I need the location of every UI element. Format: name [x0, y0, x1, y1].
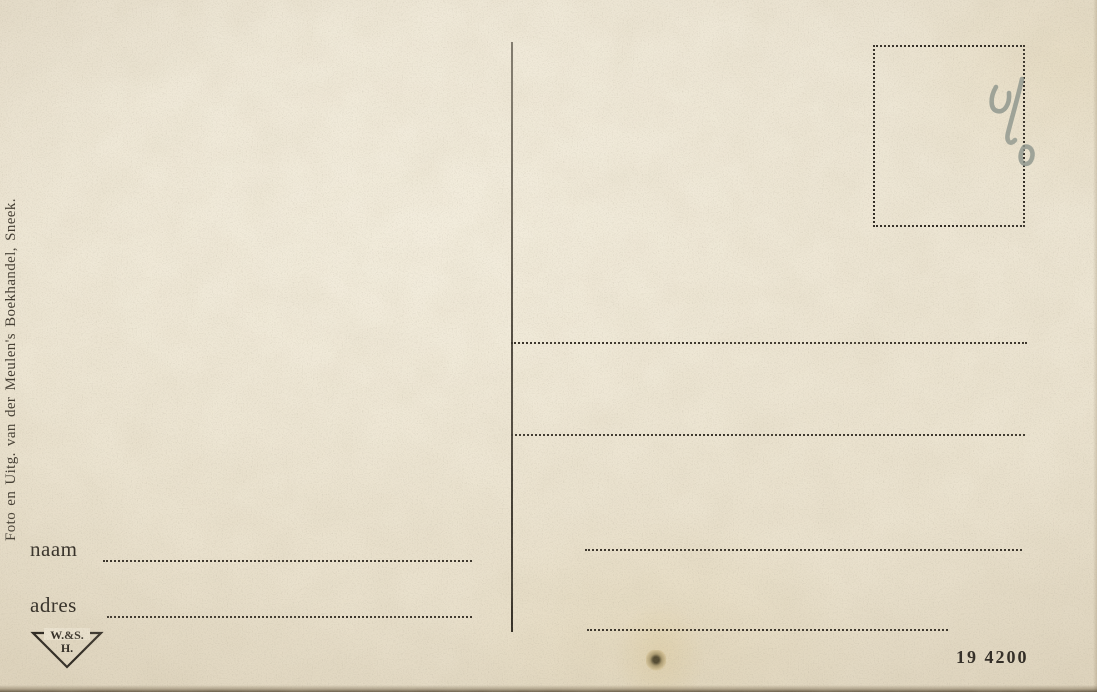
address-rule-1 [511, 342, 1027, 344]
address-label: adres [30, 593, 77, 618]
printer-monogram-icon: W.&S. H. [30, 626, 104, 670]
address-rule [107, 616, 472, 618]
pencil-handwriting-icon [982, 73, 1052, 178]
name-rule [103, 560, 472, 562]
right-edge-shading [1093, 0, 1097, 692]
bottom-edge-shadow [0, 685, 1097, 692]
stain-spot [646, 650, 666, 672]
address-rule-2 [511, 434, 1025, 436]
divider-line [511, 42, 513, 632]
publisher-credit: Foto en Uitg. van der Meulen's Boekhande… [3, 125, 22, 541]
serial-number: 19 4200 [956, 647, 1029, 668]
monogram-line2: H. [61, 641, 73, 655]
address-rule-3 [585, 549, 1022, 551]
name-label: naam [30, 537, 77, 562]
monogram-line1: W.&S. [50, 628, 84, 642]
stain-halo [615, 600, 705, 692]
postcard-back: Foto en Uitg. van der Meulen's Boekhande… [0, 0, 1097, 692]
